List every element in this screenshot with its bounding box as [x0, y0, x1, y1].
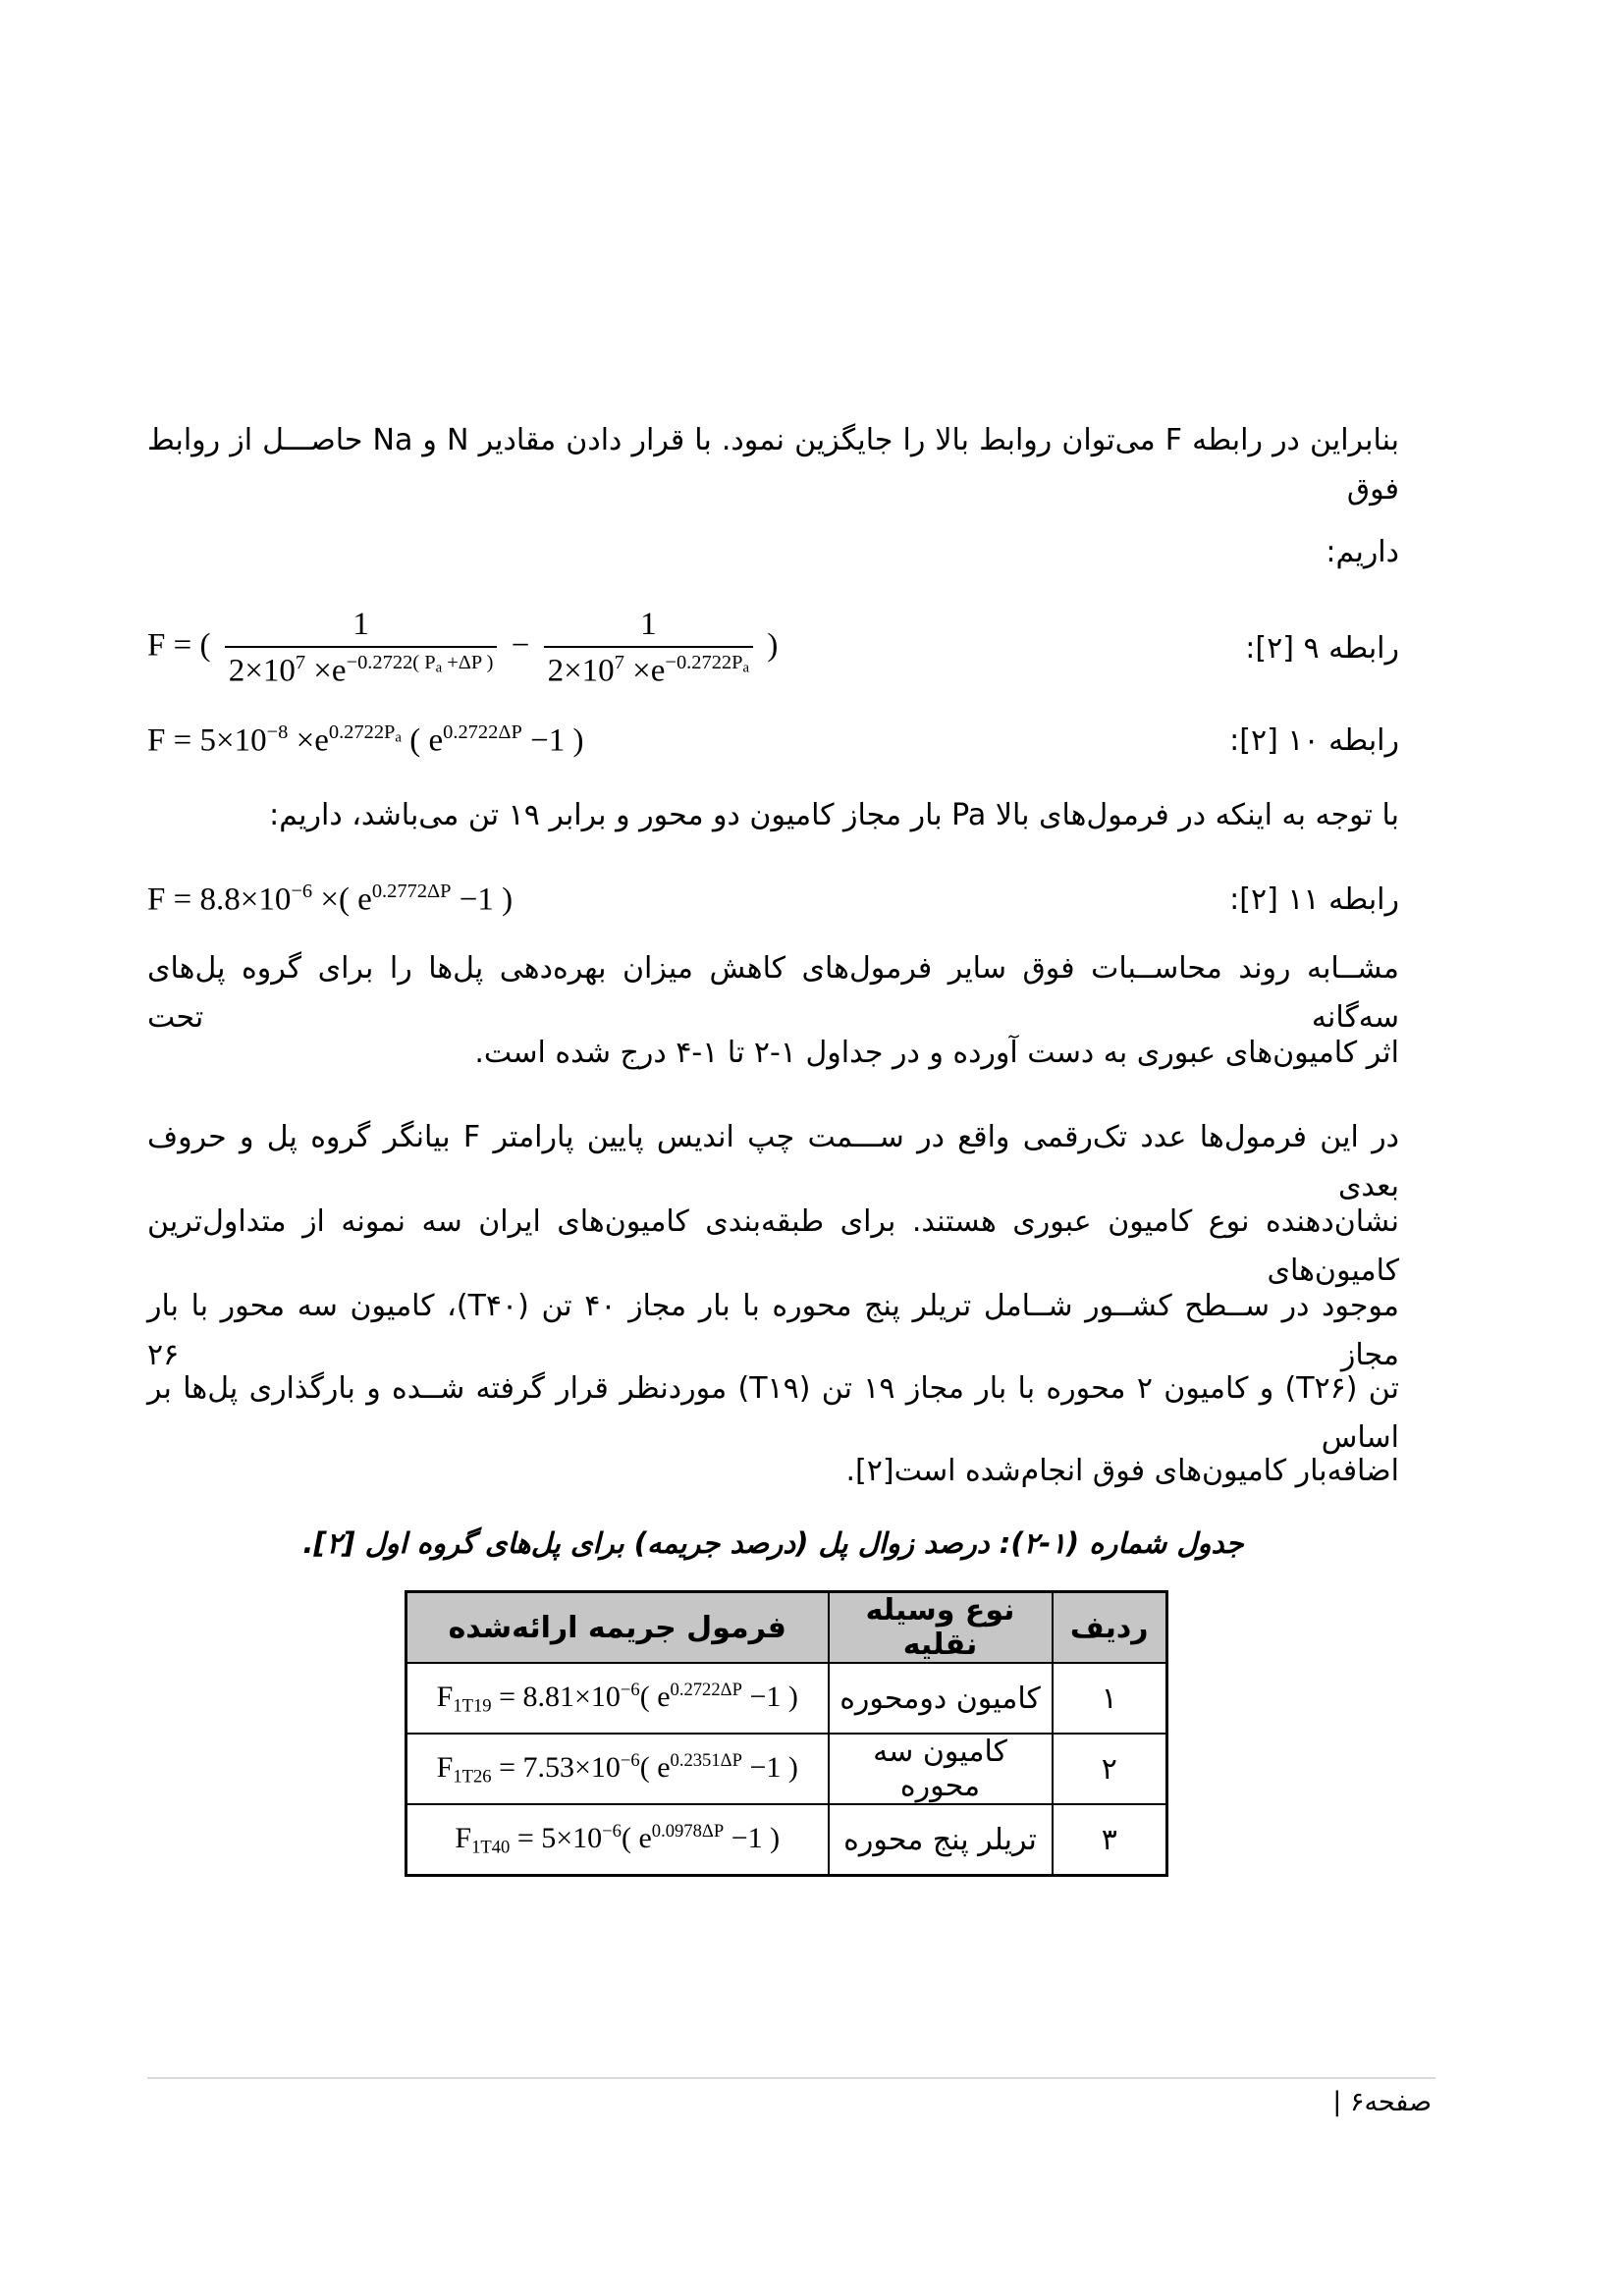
cell-formula: F1T26 = 7.53×10−6( e0.2351ΔP −1 ) [406, 1734, 829, 1804]
equation-9-label: رابطه ۹ [۲]: [1245, 631, 1399, 666]
paragraph-line: مشــابه روند محاســبات فوق سایر فرمول‌ها… [147, 944, 1399, 1042]
fraction-denominator: 2×107 ×e−0.2722Pa [544, 648, 754, 689]
paragraph-line: داریم: [147, 528, 1399, 577]
paragraph-line: نشان‌دهنده نوع کامیون عبوری هستند. برای … [147, 1198, 1399, 1296]
column-header-formula: فرمول جریمه ارائه‌شده [406, 1592, 829, 1664]
paragraph-line: با توجه به اینکه در فرمول‌های بالا Pa با… [147, 791, 1399, 840]
equation-9-formula: F = ( 1 2×107 ×e−0.2722( Pa +ΔP ) − 1 2×… [147, 607, 778, 689]
paragraph-line: اضافه‌بار کامیون‌های فوق انجام‌شده است[۲… [147, 1447, 1399, 1496]
equation-9-fraction-1: 1 2×107 ×e−0.2722( Pa +ΔP ) [225, 607, 498, 689]
fraction-denominator: 2×107 ×e−0.2722( Pa +ΔP ) [225, 648, 498, 689]
cell-radif: ۳ [1053, 1804, 1167, 1876]
cell-vehicle: تریلر پنج محوره [829, 1804, 1053, 1876]
column-header-radif: ردیف [1053, 1592, 1167, 1664]
column-header-vehicle: نوع وسیله نقلیه [829, 1592, 1053, 1664]
cell-vehicle: کامیون سه محوره [829, 1734, 1053, 1804]
equation-11-formula: F = 8.8×10−6 ×( e0.2772ΔP −1 ) [147, 881, 513, 918]
cell-vehicle: کامیون دومحوره [829, 1663, 1053, 1734]
table-row: ۱ کامیون دومحوره F1T19 = 8.81×10−6( e0.2… [406, 1663, 1167, 1734]
fraction-numerator: 1 [544, 607, 754, 648]
paragraph-line: بنابراین در رابطه F می‌توان روابط بالا ر… [147, 416, 1399, 514]
cell-formula: F1T19 = 8.81×10−6( e0.2722ΔP −1 ) [406, 1663, 829, 1734]
equation-9-close: ) [767, 628, 778, 664]
equation-11-label: رابطه ۱۱ [۲]: [1229, 882, 1399, 917]
page-number: صفحه۶ | [1332, 2085, 1432, 2120]
table-row: ۳ تریلر پنج محوره F1T40 = 5×10−6( e0.097… [406, 1804, 1167, 1876]
equation-10-formula: F = 5×10−8 ×e0.2722Pa ( e0.2722ΔP −1 ) [147, 721, 583, 759]
fraction-numerator: 1 [225, 607, 498, 648]
equation-11-row: رابطه ۱۱ [۲]: F = 8.8×10−6 ×( e0.2772ΔP … [147, 870, 1399, 929]
cell-radif: ۱ [1053, 1663, 1167, 1734]
document-page: بنابراین در رابطه F می‌توان روابط بالا ر… [0, 0, 1624, 2296]
table-row: ۲ کامیون سه محوره F1T26 = 7.53×10−6( e0.… [406, 1734, 1167, 1804]
equation-9-lead: F = ( [147, 628, 210, 664]
table-header-row: ردیف نوع وسیله نقلیه فرمول جریمه ارائه‌ش… [406, 1592, 1167, 1664]
equation-9-row: رابطه ۹ [۲]: F = ( 1 2×107 ×e−0.2722( Pa… [147, 585, 1399, 711]
cell-formula: F1T40 = 5×10−6( e0.0978ΔP −1 ) [406, 1804, 829, 1876]
paragraph-line: اثر کامیون‌های عبوری به دست آورده و در ج… [147, 1029, 1399, 1078]
footer-rule [147, 2077, 1435, 2079]
penalty-formula-table: ردیف نوع وسیله نقلیه فرمول جریمه ارائه‌ش… [405, 1590, 1168, 1877]
equation-10-label: رابطه ۱۰ [۲]: [1229, 723, 1399, 758]
equation-9-fraction-2: 1 2×107 ×e−0.2722Pa [544, 607, 754, 689]
table-caption: جدول شماره (۱-۲): درصد زوال پل (درصد جری… [147, 1521, 1399, 1566]
paragraph-line: در این فرمول‌ها عدد تک‌رقمی واقع در ســـ… [147, 1113, 1399, 1211]
equation-9-minus: − [512, 628, 530, 664]
equation-10-row: رابطه ۱۰ [۲]: F = 5×10−8 ×e0.2722Pa ( e0… [147, 711, 1399, 770]
cell-radif: ۲ [1053, 1734, 1167, 1804]
